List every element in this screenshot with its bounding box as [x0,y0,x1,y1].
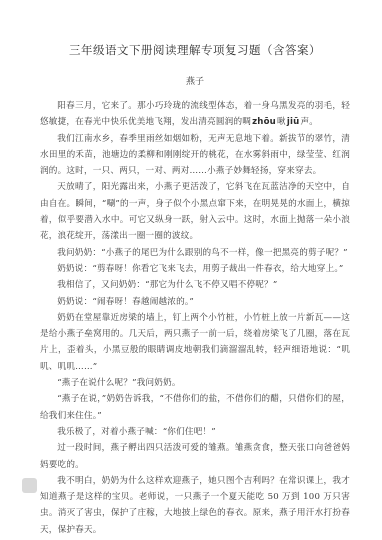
paragraph-7: 奶奶说：“闹春呀！春越闹越浓的。” [40,294,350,310]
document-page: 三年级语文下册阅读理解专项复习题（含答案） 燕子 阳春三月，它来了。那小巧玲珑的… [0,0,382,540]
paragraph-12: 过一段时间，燕子孵出四只活泼可爱的雏燕。雏燕贪食，整天张口向爸爸妈妈要吃的。 [40,440,350,473]
paragraph-3: 天放晴了，阳光露出来，小燕子更活泼了，它斜飞在瓦蓝洁净的天空中，自由自在。瞬间，… [40,179,350,244]
paragraph-10: “燕子在说，”奶奶告诉我，“不借你们的盐，不借你们的醋，只借你们的屋，给我们来住… [40,391,350,424]
paragraph-11: 我乐极了，对着小燕子喊：“你们住吧！” [40,424,350,440]
paragraph-4: 我问奶奶：“小燕子的尾巴为什么跟别的鸟不一样，像一把黑亮的剪子呢？” [40,245,350,261]
scan-artifact [22,478,37,493]
pinyin-jiu: jiū [286,117,301,127]
paragraph-9: “燕子在说什么呢？”我问奶奶。 [40,375,350,391]
paragraph-1-end: 声。 [300,117,318,127]
paragraph-1: 阳春三月，它来了。那小巧玲珑的流线型体态，着一身乌黑发亮的羽毛，轻悠敏捷，在春光… [40,98,350,131]
paragraph-1-char: 啾 [277,117,286,127]
pinyin-zhou: zhōu [251,117,277,127]
paragraph-5: 奶奶说：“剪春呀！你看它飞来飞去，用剪子裁出一件春衣，给大地穿上。” [40,261,350,277]
essay-title: 燕子 [40,74,350,87]
paragraph-6: 我相信了，又问奶奶：“那它为什么飞不停又唱不停呢？” [40,277,350,293]
paragraph-13: 我不明白，奶奶为什么这样欢迎燕子，她只图个吉利吗？在常识课上，我才知道燕子是这样… [40,473,350,538]
paragraph-2: 我们江南水乡，春季里雨丝如烟如粉，无声无息地下着。新拔节的翠竹，清水田里的禾苗，… [40,131,350,180]
paragraph-8: 奶奶在堂屋靠近房梁的墙上，钉上两个小竹桩，小竹桩上放一片新瓦——这是给小燕子垒窝… [40,310,350,375]
page-title: 三年级语文下册阅读理解专项复习题（含答案） [40,42,350,58]
